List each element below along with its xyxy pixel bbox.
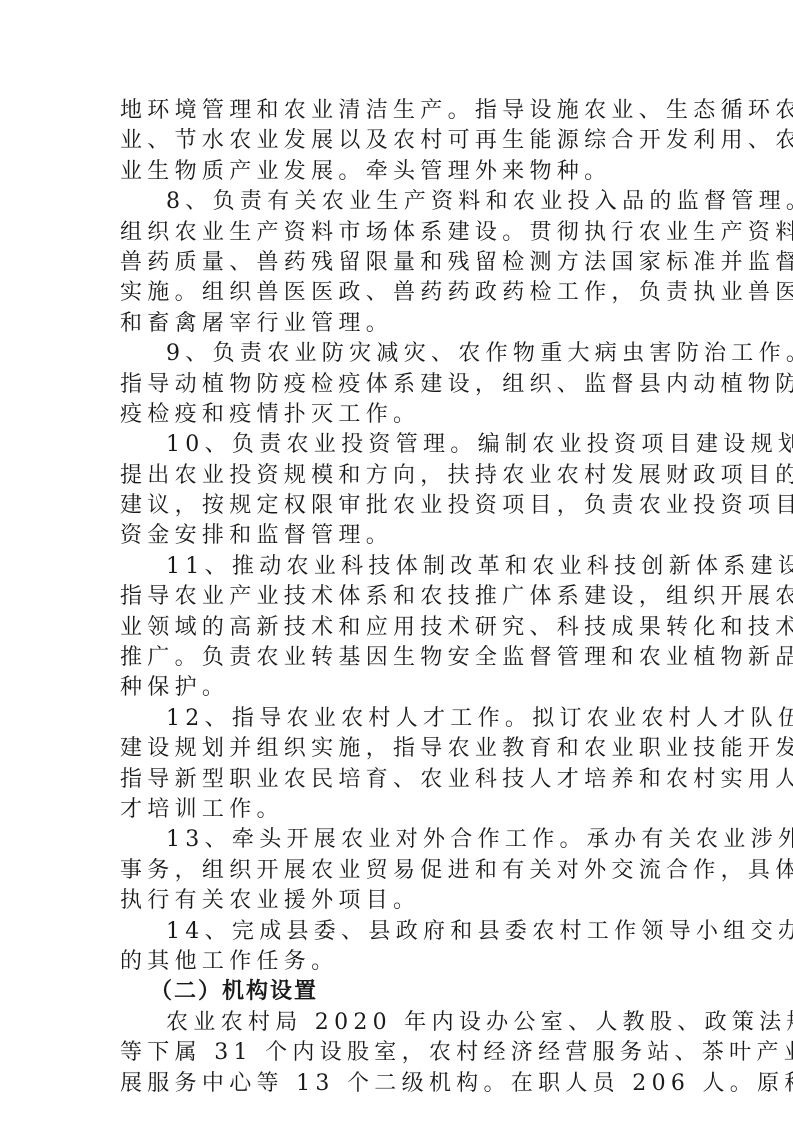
text-line: 兽药质量、兽药残留限量和残留检测方法国家标准并监督 [120,248,686,278]
text-line: 等下属 31 个内设股室，农村经济经营服务站、茶叶产业发 [120,1038,686,1068]
text-line: 疫检疫和疫情扑灭工作。 [120,400,686,430]
item-10-first-line: 10、负责农业投资管理。编制农业投资项目建设规划， [120,430,686,460]
text-line: 业领域的高新技术和应用技术研究、科技成果转化和技术 [120,613,686,643]
text-line: 建设规划并组织实施，指导农业教育和农业职业技能开发， [120,734,686,764]
text-line: 才培训工作。 [120,795,686,825]
text-line: 提出农业投资规模和方向，扶持农业农村发展财政项目的 [120,461,686,491]
text-line: 事务，组织开展农业贸易促进和有关对外交流合作，具体 [120,856,686,886]
text-line: 组织农业生产资料市场体系建设。贯彻执行农业生产资料、 [120,218,686,248]
text-line: 地环境管理和农业清洁生产。指导设施农业、生态循环农 [120,96,686,126]
text-line: 指导新型职业农民培育、农业科技人才培养和农村实用人 [120,765,686,795]
text-line: 的其他工作任务。 [120,947,686,977]
item-13-first-line: 13、牵头开展农业对外合作工作。承办有关农业涉外 [120,825,686,855]
text-line: 业、节水农业发展以及农村可再生能源综合开发利用、农 [120,126,686,156]
text-line: 和畜禽屠宰行业管理。 [120,309,686,339]
text-line: 业生物质产业发展。牵头管理外来物种。 [120,157,686,187]
item-9-first-line: 9、负责农业防灾减灾、农作物重大病虫害防治工作。 [120,339,686,369]
item-14-first-line: 14、完成县委、县政府和县委农村工作领导小组交办 [120,917,686,947]
text-line: 展服务中心等 13 个二级机构。在职人员 206 人。原种场为 [120,1069,686,1099]
org-paragraph-first-line: 农业农村局 2020 年内设办公室、人教股、政策法规股 [120,1008,686,1038]
section-heading: （二）机构设置 [120,977,686,1007]
text-line: 资金安排和监督管理。 [120,521,686,551]
text-line: 实施。组织兽医医政、兽药药政药检工作，负责执业兽医 [120,278,686,308]
item-8-first-line: 8、负责有关农业生产资料和农业投入品的监督管理。 [120,187,686,217]
text-line: 执行有关农业援外项目。 [120,886,686,916]
item-11-first-line: 11、推动农业科技体制改革和农业科技创新体系建设。 [120,552,686,582]
document-page: 地环境管理和农业清洁生产。指导设施农业、生态循环农 业、节水农业发展以及农村可再… [120,96,686,1099]
item-12-first-line: 12、指导农业农村人才工作。拟订农业农村人才队伍 [120,704,686,734]
text-line: 指导农业产业技术体系和农技推广体系建设，组织开展农 [120,582,686,612]
text-line: 指导动植物防疫检疫体系建设，组织、监督县内动植物防 [120,370,686,400]
text-line: 种保护。 [120,673,686,703]
text-line: 推广。负责农业转基因生物安全监督管理和农业植物新品 [120,643,686,673]
text-line: 建议，按规定权限审批农业投资项目，负责农业投资项目 [120,491,686,521]
